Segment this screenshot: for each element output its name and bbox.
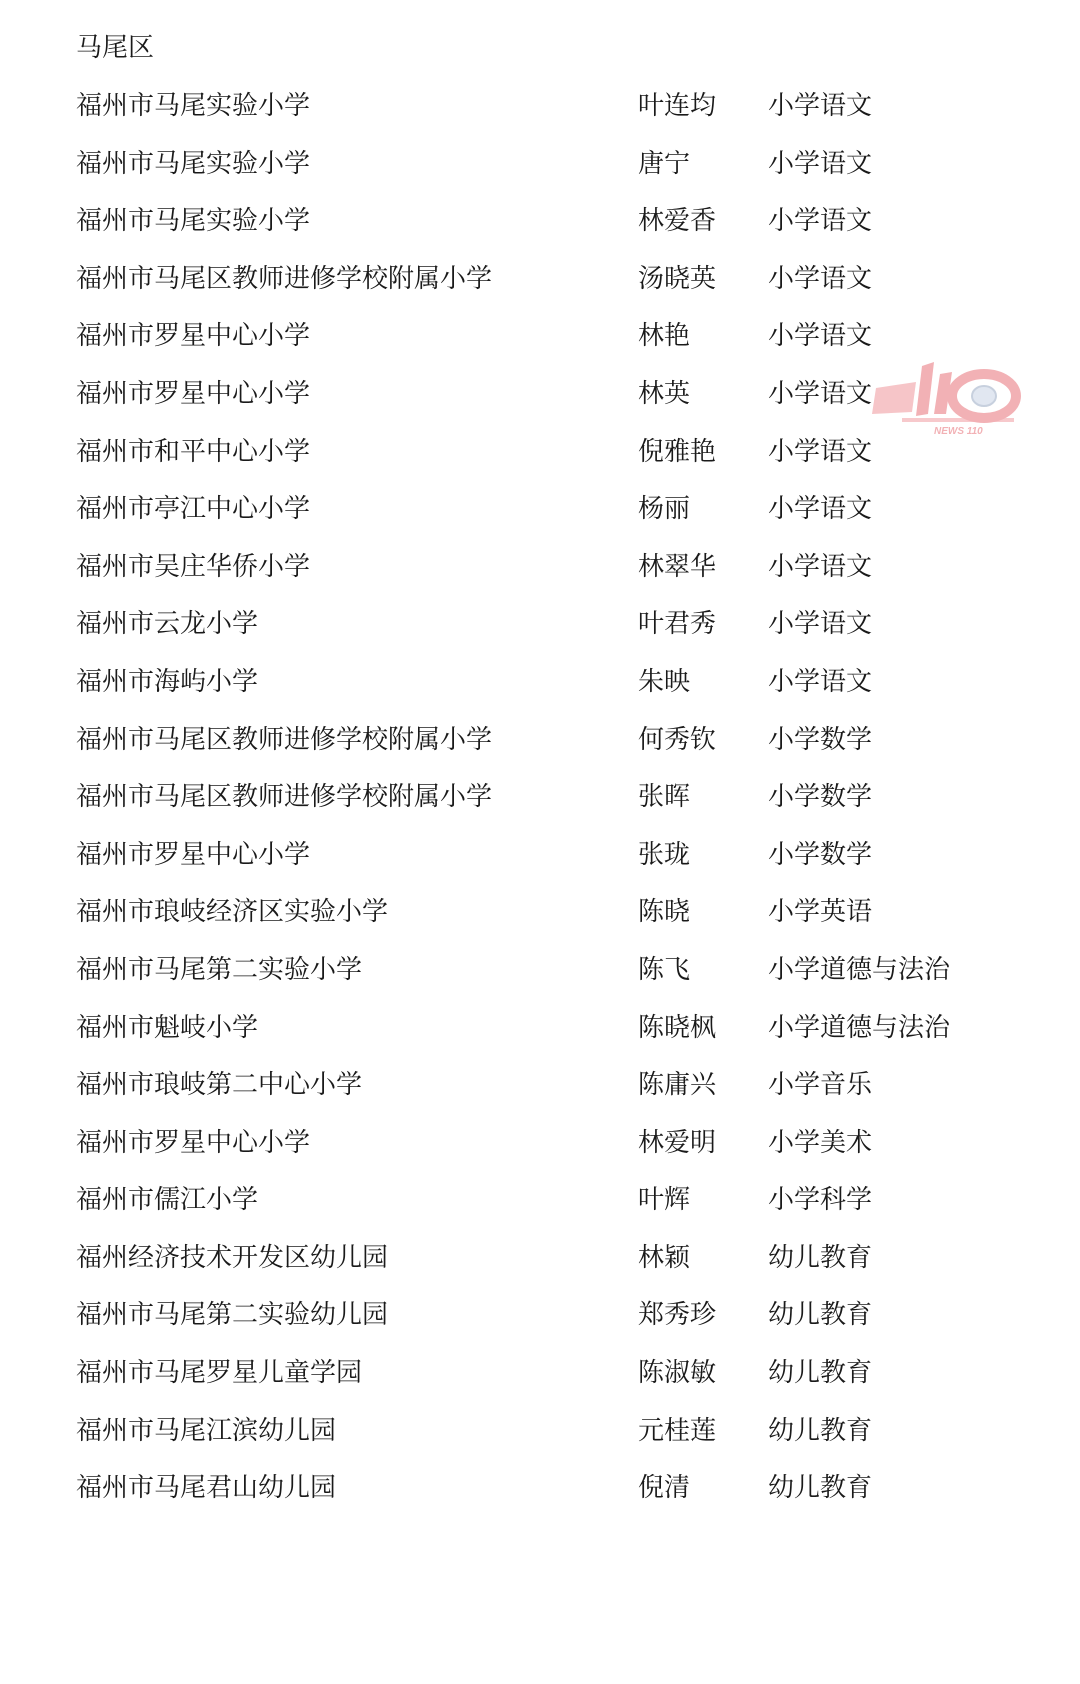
list-item: 福州市罗星中心小学 林爱明 小学美术 (0, 1125, 1080, 1183)
school-name: 福州市马尾区教师进修学校附属小学 (76, 779, 492, 815)
teacher-name: 林爱明 (638, 1125, 716, 1161)
list-item: 福州市马尾区教师进修学校附属小学 张晖 小学数学 (0, 779, 1080, 837)
school-name: 福州市吴庄华侨小学 (76, 549, 310, 585)
list-item: 福州市马尾君山幼儿园 倪清 幼儿教育 (0, 1470, 1080, 1528)
list-item: 福州市魁岐小学 陈晓枫 小学道德与法治 (0, 1010, 1080, 1068)
teacher-name: 陈晓枫 (638, 1010, 716, 1046)
document-page: 马尾区 福州市马尾实验小学 叶连均 小学语文 福州市马尾实验小学 唐宁 小学语文… (0, 0, 1080, 1684)
teacher-name: 叶辉 (638, 1182, 690, 1218)
list-item: 福州市罗星中心小学 林英 小学语文 (0, 376, 1080, 434)
list-item: 福州市马尾罗星儿童学园 陈淑敏 幼儿教育 (0, 1355, 1080, 1413)
teacher-name: 倪清 (638, 1470, 690, 1506)
district-heading: 马尾区 (76, 30, 154, 66)
teacher-name: 林艳 (638, 318, 690, 354)
teacher-name: 杨丽 (638, 491, 690, 527)
subject: 小学语文 (768, 318, 872, 354)
teacher-name: 倪雅艳 (638, 434, 716, 470)
teacher-name: 林颖 (638, 1240, 690, 1276)
teacher-name: 林英 (638, 376, 690, 412)
school-name: 福州市魁岐小学 (76, 1010, 258, 1046)
teacher-name: 张晖 (638, 779, 690, 815)
subject: 小学语文 (768, 146, 872, 182)
list-item: 福州市马尾江滨幼儿园 元桂莲 幼儿教育 (0, 1413, 1080, 1471)
school-name: 福州市罗星中心小学 (76, 318, 310, 354)
list-item: 福州市琅岐经济区实验小学 陈晓 小学英语 (0, 894, 1080, 952)
school-name: 福州市马尾第二实验幼儿园 (76, 1297, 388, 1333)
list-item: 福州市马尾实验小学 林爱香 小学语文 (0, 203, 1080, 261)
teacher-name: 汤晓英 (638, 261, 716, 297)
teacher-name: 元桂莲 (638, 1413, 716, 1449)
subject: 幼儿教育 (768, 1297, 872, 1333)
list-item: 福州市儒江小学 叶辉 小学科学 (0, 1182, 1080, 1240)
list-item: 福州经济技术开发区幼儿园 林颖 幼儿教育 (0, 1240, 1080, 1298)
teacher-name: 张珑 (638, 837, 690, 873)
subject: 小学语文 (768, 261, 872, 297)
subject: 小学数学 (768, 722, 872, 758)
list-item: 福州市吴庄华侨小学 林翠华 小学语文 (0, 549, 1080, 607)
school-name: 福州市琅岐第二中心小学 (76, 1067, 362, 1103)
school-name: 福州市马尾第二实验小学 (76, 952, 362, 988)
subject: 小学语文 (768, 549, 872, 585)
subject: 小学语文 (768, 434, 872, 470)
list-item: 福州市海屿小学 朱映 小学语文 (0, 664, 1080, 722)
subject: 小学音乐 (768, 1067, 872, 1103)
list-item: 福州市马尾实验小学 唐宁 小学语文 (0, 146, 1080, 204)
teacher-name: 陈晓 (638, 894, 690, 930)
teacher-name: 唐宁 (638, 146, 690, 182)
subject: 小学语文 (768, 491, 872, 527)
subject: 小学英语 (768, 894, 872, 930)
school-name: 福州市和平中心小学 (76, 434, 310, 470)
school-name: 福州市马尾区教师进修学校附属小学 (76, 722, 492, 758)
subject: 小学科学 (768, 1182, 872, 1218)
teacher-name: 郑秀珍 (638, 1297, 716, 1333)
school-name: 福州市亭江中心小学 (76, 491, 310, 527)
subject: 小学道德与法治 (768, 952, 950, 988)
school-name: 福州市海屿小学 (76, 664, 258, 700)
school-name: 福州市马尾区教师进修学校附属小学 (76, 261, 492, 297)
school-name: 福州经济技术开发区幼儿园 (76, 1240, 388, 1276)
school-name: 福州市马尾实验小学 (76, 88, 310, 124)
subject: 小学数学 (768, 837, 872, 873)
subject: 小学语文 (768, 376, 872, 412)
school-name: 福州市云龙小学 (76, 606, 258, 642)
school-name: 福州市马尾实验小学 (76, 203, 310, 239)
list-item: 福州市马尾实验小学 叶连均 小学语文 (0, 88, 1080, 146)
subject: 幼儿教育 (768, 1240, 872, 1276)
subject: 小学语文 (768, 88, 872, 124)
school-name: 福州市马尾实验小学 (76, 146, 310, 182)
list-item: 福州市罗星中心小学 张珑 小学数学 (0, 837, 1080, 895)
subject: 幼儿教育 (768, 1355, 872, 1391)
subject: 幼儿教育 (768, 1413, 872, 1449)
teacher-name: 陈庸兴 (638, 1067, 716, 1103)
teacher-name: 陈飞 (638, 952, 690, 988)
teacher-name: 何秀钦 (638, 722, 716, 758)
subject: 小学数学 (768, 779, 872, 815)
list-item: 福州市亭江中心小学 杨丽 小学语文 (0, 491, 1080, 549)
list-item: 福州市马尾区教师进修学校附属小学 何秀钦 小学数学 (0, 722, 1080, 780)
subject: 小学道德与法治 (768, 1010, 950, 1046)
list-item: 福州市琅岐第二中心小学 陈庸兴 小学音乐 (0, 1067, 1080, 1125)
teacher-name: 林翠华 (638, 549, 716, 585)
list-item: 福州市罗星中心小学 林艳 小学语文 (0, 318, 1080, 376)
list-item: 福州市马尾区教师进修学校附属小学 汤晓英 小学语文 (0, 261, 1080, 319)
teacher-name: 陈淑敏 (638, 1355, 716, 1391)
school-name: 福州市罗星中心小学 (76, 837, 310, 873)
subject: 幼儿教育 (768, 1470, 872, 1506)
subject: 小学语文 (768, 606, 872, 642)
subject: 小学语文 (768, 203, 872, 239)
school-name: 福州市马尾罗星儿童学园 (76, 1355, 362, 1391)
subject: 小学美术 (768, 1125, 872, 1161)
list-item: 福州市马尾第二实验小学 陈飞 小学道德与法治 (0, 952, 1080, 1010)
teacher-list: 福州市马尾实验小学 叶连均 小学语文 福州市马尾实验小学 唐宁 小学语文 福州市… (0, 88, 1080, 1528)
teacher-name: 叶连均 (638, 88, 716, 124)
teacher-name: 林爱香 (638, 203, 716, 239)
school-name: 福州市马尾江滨幼儿园 (76, 1413, 336, 1449)
list-item: 福州市和平中心小学 倪雅艳 小学语文 (0, 434, 1080, 492)
school-name: 福州市儒江小学 (76, 1182, 258, 1218)
school-name: 福州市罗星中心小学 (76, 1125, 310, 1161)
subject: 小学语文 (768, 664, 872, 700)
list-item: 福州市马尾第二实验幼儿园 郑秀珍 幼儿教育 (0, 1297, 1080, 1355)
list-item: 福州市云龙小学 叶君秀 小学语文 (0, 606, 1080, 664)
school-name: 福州市罗星中心小学 (76, 376, 310, 412)
school-name: 福州市琅岐经济区实验小学 (76, 894, 388, 930)
teacher-name: 叶君秀 (638, 606, 716, 642)
school-name: 福州市马尾君山幼儿园 (76, 1470, 336, 1506)
teacher-name: 朱映 (638, 664, 690, 700)
